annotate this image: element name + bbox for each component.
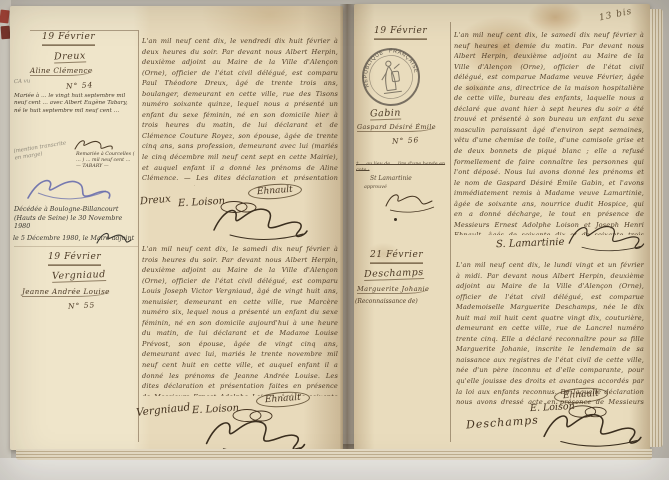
margin-rule xyxy=(450,22,451,442)
act-firstnames: Marguerite Johanie xyxy=(357,285,429,294)
act-firstnames: Gaspard Désiré Émile xyxy=(357,123,436,132)
courcelles-mention: Remariée à Courcelles ( … ) … mil neuf c… xyxy=(76,152,136,170)
pencil-annotation: (mention transcrite en marge) xyxy=(13,140,72,162)
act-number: N° 55 xyxy=(68,300,96,310)
marianne-figure xyxy=(380,60,403,94)
act-date: 19 Février xyxy=(42,32,95,46)
left-page: 19 Février Dreux Aline Clémence N° 54 CA… xyxy=(10,6,343,450)
folio-number: 13 bis xyxy=(598,7,633,24)
act-entry-body: L'an mil neuf cent dix, le lundi vingt e… xyxy=(456,260,644,410)
act-surname: Deschamps xyxy=(364,267,424,281)
renvoi-note: † … au lieu de … lire d'une bande en cot… xyxy=(356,162,448,174)
blue-ink-signature-flourish xyxy=(24,172,116,206)
act-firstnames: Aline Clémence xyxy=(30,66,93,76)
act-number: N° 54 xyxy=(66,80,94,90)
officer-signature-flourish xyxy=(540,406,644,448)
act-date: 19 Février xyxy=(48,252,101,266)
act-surname: Dreux xyxy=(54,50,86,63)
act-entry-body: L'an mil neuf cent dix, le samedi dix ne… xyxy=(142,244,338,396)
mayor-adjoint-signature-flourish xyxy=(94,228,134,248)
act-date: 19 Février xyxy=(374,26,427,40)
act-firstnames: Jeanne Andrée Louise xyxy=(22,287,110,297)
right-page: 13 bis 19 Février RÉPUBLIQUE FRANÇAISE xyxy=(354,4,650,450)
scanned-register-spread: 19 Février Dreux Aline Clémence N° 54 CA… xyxy=(0,0,669,480)
death-mention: Décédée à Boulogne-Billancourt (Hauts de… xyxy=(14,205,138,231)
act-entry-body: L'an mil neuf cent dix, le samedi dix ne… xyxy=(454,30,644,235)
father-signature: Vergniaud xyxy=(136,401,191,419)
declarant-signature: Deschamps xyxy=(466,413,540,431)
act-surname: Vergniaud xyxy=(52,269,106,283)
act-number: N° 56 xyxy=(392,135,420,145)
page-stack-edge-bottom xyxy=(16,449,652,460)
page-stack-edge-right xyxy=(650,9,663,447)
act-type-note: (Reconnaissance de) xyxy=(355,298,418,305)
renvoi-name: St Lamartinie xyxy=(370,176,412,182)
act-surname: Gabin xyxy=(370,107,401,120)
act-entry-body: L'an mil neuf cent dix, le vendredi dix … xyxy=(142,36,338,186)
index-tab-mark xyxy=(0,10,10,24)
republique-francaise-stamp: RÉPUBLIQUE FRANÇAISE xyxy=(356,42,425,111)
officer-signature-flourish xyxy=(210,202,310,240)
mention-divider xyxy=(14,246,138,247)
officer-signature-flourish xyxy=(566,218,646,254)
officer-signature-flourish xyxy=(196,414,314,454)
declarant-signature: S. Lamartinie xyxy=(496,237,565,250)
ink-dot xyxy=(394,218,397,221)
index-tab-mark xyxy=(1,26,11,40)
act-date: 21 Février xyxy=(370,250,423,264)
marriage-mention: Mariée à … le vingt huit septembre mil n… xyxy=(14,93,134,115)
pencil-annotation: CA vu xyxy=(14,77,58,86)
renvoi-initials-flourish xyxy=(382,188,438,214)
margin-top-rule xyxy=(30,30,138,31)
scanner-surface-bottom xyxy=(0,458,669,480)
father-signature: Dreux xyxy=(140,194,172,208)
